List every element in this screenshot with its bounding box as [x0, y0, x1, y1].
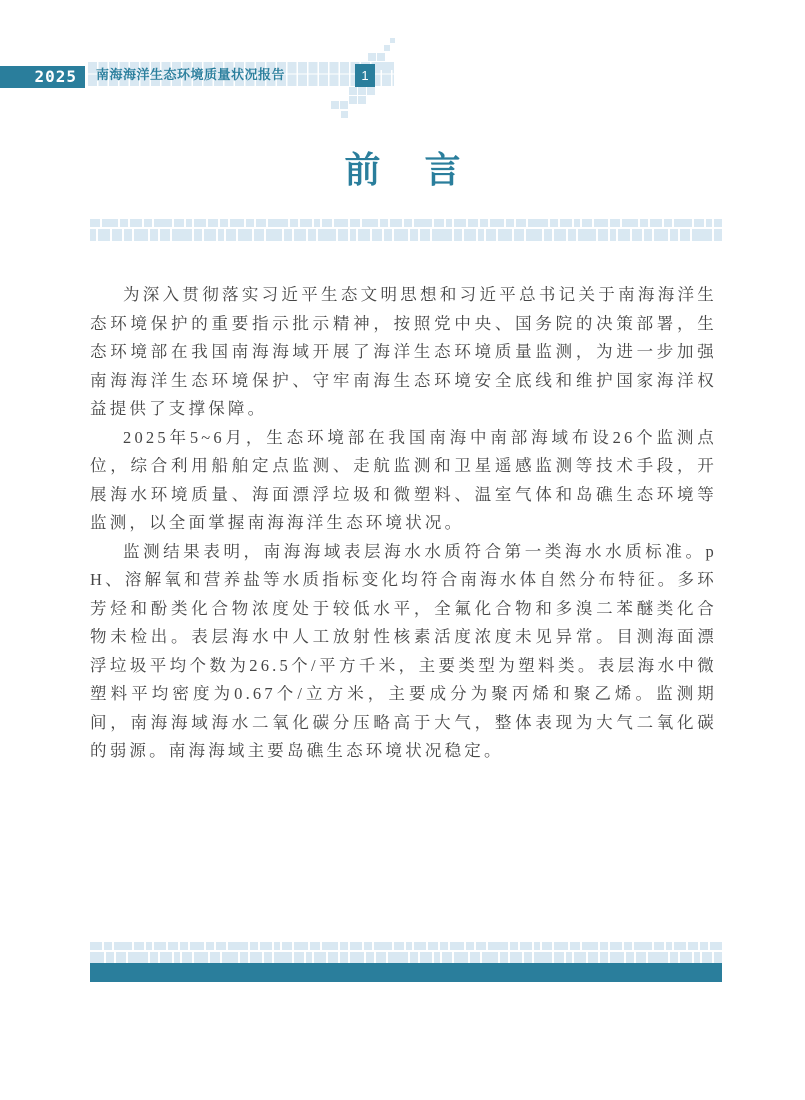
paragraph: 2025年5~6月，生态环境部在我国南海中南部海域布设26个监测点位，综合利用船…: [90, 424, 717, 538]
mosaic-cell: [350, 219, 360, 227]
mosaic-cell: [578, 229, 596, 241]
paragraph: 为深入贯彻落实习近平生态文明思想和习近平总书记关于南海海洋生态环境保护的重要指示…: [90, 281, 717, 424]
mosaic-cell: [250, 942, 258, 950]
mosaic-cell: [680, 952, 692, 963]
mosaic-cell: [250, 952, 262, 963]
mosaic-cell: [334, 219, 348, 227]
mosaic-cell: [220, 219, 228, 227]
preface-body: 为深入贯彻落实习近平生态文明思想和习近平总书记关于南海海洋生态环境保护的重要指示…: [90, 281, 717, 766]
mosaic-cell: [454, 229, 462, 241]
mosaic-cell: [666, 942, 672, 950]
mosaic-cell: [338, 229, 348, 241]
mosaic-cell: [476, 942, 486, 950]
pixel-decor-square: [331, 101, 339, 109]
mosaic-cell: [582, 219, 592, 227]
mosaic-cell: [650, 219, 662, 227]
mosaic-cell: [520, 942, 532, 950]
mosaic-cell: [90, 942, 102, 950]
mosaic-cell: [654, 229, 668, 241]
mosaic-cell: [182, 952, 192, 963]
mosaic-cell: [560, 219, 572, 227]
mosaic-cell: [420, 952, 432, 963]
mosaic-cell: [266, 229, 282, 241]
mosaic-cell: [294, 229, 306, 241]
pixel-decor-square: [368, 53, 376, 61]
mosaic-cell: [372, 229, 382, 241]
mosaic-cell: [554, 952, 564, 963]
mosaic-cell: [702, 952, 712, 963]
mosaic-cell: [366, 952, 374, 963]
pixel-decor-square: [341, 111, 348, 118]
mosaic-cell: [128, 952, 148, 963]
mosaic-cell: [588, 952, 598, 963]
mosaic-cell: [634, 942, 652, 950]
mosaic-cell: [510, 942, 518, 950]
mosaic-cell: [534, 942, 540, 950]
mosaic-cell: [610, 219, 620, 227]
mosaic-cell: [450, 942, 464, 950]
mosaic-cell: [294, 952, 304, 963]
mosaic-cell: [644, 229, 652, 241]
mosaic-cell: [260, 942, 272, 950]
pixel-decor-square: [367, 87, 375, 95]
mosaic-cell: [98, 229, 110, 241]
mosaic-cell: [294, 942, 308, 950]
mosaic-cell: [554, 229, 566, 241]
mosaic-cell: [204, 229, 216, 241]
mosaic-cell: [440, 942, 448, 950]
mosaic-cell: [208, 219, 218, 227]
mosaic-cell: [534, 952, 552, 963]
mosaic-cell: [154, 942, 166, 950]
mosaic-cell: [120, 219, 128, 227]
pixel-decor-square: [390, 38, 395, 43]
mosaic-cell: [124, 229, 132, 241]
mosaic-cell: [516, 219, 526, 227]
mosaic-cell: [144, 219, 152, 227]
mosaic-cell: [528, 219, 548, 227]
mosaic-cell: [300, 219, 312, 227]
mosaic-cell: [434, 219, 444, 227]
bottom-mosaic-bar: [90, 942, 722, 963]
mosaic-cell: [308, 229, 316, 241]
mosaic-cell: [254, 229, 264, 241]
mosaic-cell: [706, 219, 712, 227]
mosaic-cell: [194, 229, 202, 241]
mosaic-cell: [466, 942, 474, 950]
mosaic-cell: [670, 229, 678, 241]
mosaic-cell: [544, 229, 552, 241]
mosaic-cell: [238, 229, 252, 241]
mosaic-cell: [116, 952, 126, 963]
mosaic-cell: [314, 952, 326, 963]
mosaic-cell: [674, 942, 686, 950]
mosaic-cell: [434, 952, 440, 963]
mosaic-row: [90, 219, 722, 227]
mosaic-cell: [130, 219, 142, 227]
mosaic-cell: [498, 229, 512, 241]
mosaic-cell: [446, 219, 452, 227]
mosaic-cell: [692, 229, 712, 241]
bottom-solid-bar: [90, 963, 722, 982]
mosaic-cell: [340, 942, 348, 950]
mosaic-cell: [500, 952, 508, 963]
mosaic-cell: [186, 219, 192, 227]
pixel-decor-square: [377, 62, 385, 70]
mosaic-cell: [688, 942, 698, 950]
mosaic-cell: [622, 219, 638, 227]
pixel-decor-square: [377, 53, 385, 61]
report-title: 南海海洋生态环境质量状况报告: [96, 62, 285, 87]
mosaic-cell: [340, 952, 348, 963]
mosaic-cell: [542, 942, 552, 950]
mosaic-cell: [404, 219, 412, 227]
mosaic-cell: [206, 942, 214, 950]
mosaic-row: [90, 952, 722, 963]
mosaic-cell: [694, 219, 704, 227]
mosaic-cell: [384, 229, 392, 241]
mosaic-cell: [470, 952, 480, 963]
mosaic-cell: [390, 219, 402, 227]
mosaic-cell: [654, 942, 664, 950]
mosaic-cell: [350, 952, 364, 963]
mosaic-cell: [168, 942, 178, 950]
mosaic-cell: [350, 942, 362, 950]
mosaic-cell: [468, 219, 478, 227]
mosaic-cell: [454, 952, 468, 963]
mosaic-cell: [388, 952, 408, 963]
mosaic-cell: [374, 942, 392, 950]
mosaic-cell: [680, 229, 690, 241]
mosaic-cell: [154, 219, 172, 227]
mosaic-cell: [210, 952, 220, 963]
mosaic-cell: [174, 219, 184, 227]
mosaic-cell: [180, 942, 188, 950]
mosaic-cell: [610, 952, 624, 963]
mosaic-cell: [714, 229, 722, 241]
mosaic-cell: [150, 229, 158, 241]
mosaic-cell: [90, 219, 100, 227]
mosaic-cell: [172, 229, 192, 241]
pixel-decor-square: [358, 96, 366, 104]
mosaic-cell: [598, 229, 608, 241]
top-mosaic-bar: [90, 219, 722, 241]
mosaic-cell: [420, 229, 430, 241]
mosaic-cell: [600, 942, 608, 950]
year-badge: 2025: [0, 66, 85, 88]
mosaic-cell: [626, 952, 634, 963]
mosaic-cell: [640, 219, 648, 227]
mosaic-cell: [664, 219, 672, 227]
mosaic-cell: [328, 952, 338, 963]
mosaic-cell: [488, 942, 508, 950]
mosaic-cell: [700, 942, 708, 950]
mosaic-cell: [160, 229, 170, 241]
mosaic-cell: [174, 952, 180, 963]
mosaic-cell: [216, 942, 226, 950]
mosaic-cell: [524, 952, 532, 963]
mosaic-cell: [106, 952, 114, 963]
mosaic-cell: [710, 942, 722, 950]
mosaic-cell: [310, 942, 320, 950]
pixel-decor-square: [340, 101, 348, 109]
mosaic-cell: [648, 952, 668, 963]
mosaic-cell: [464, 229, 476, 241]
mosaic-cell: [566, 952, 572, 963]
mosaic-cell: [574, 219, 580, 227]
mosaic-cell: [194, 952, 208, 963]
mosaic-cell: [428, 942, 438, 950]
mosaic-cell: [358, 229, 370, 241]
mosaic-cell: [554, 942, 568, 950]
mosaic-cell: [610, 942, 622, 950]
mosaic-cell: [274, 952, 292, 963]
mosaic-cell: [226, 229, 236, 241]
pixel-decor-square: [349, 96, 357, 104]
mosaic-cell: [526, 229, 542, 241]
mosaic-cell: [454, 219, 466, 227]
mosaic-cell: [322, 942, 338, 950]
mosaic-cell: [410, 229, 418, 241]
mosaic-cell: [350, 229, 356, 241]
mosaic-cell: [568, 229, 576, 241]
mosaic-cell: [624, 942, 632, 950]
mosaic-cell: [482, 952, 498, 963]
mosaic-cell: [670, 952, 678, 963]
mosaic-cell: [510, 952, 522, 963]
pixel-decor-square: [349, 87, 357, 95]
mosaic-cell: [514, 229, 524, 241]
mosaic-cell: [146, 942, 152, 950]
mosaic-cell: [610, 229, 616, 241]
mosaic-cell: [600, 952, 608, 963]
mosaic-cell: [104, 942, 112, 950]
mosaic-cell: [442, 952, 452, 963]
mosaic-cell: [322, 219, 332, 227]
mosaic-cell: [432, 229, 452, 241]
mosaic-cell: [90, 229, 96, 241]
mosaic-cell: [582, 942, 598, 950]
mosaic-cell: [222, 952, 238, 963]
mosaic-cell: [160, 952, 172, 963]
mosaic-cell: [268, 219, 288, 227]
mosaic-cell: [414, 942, 426, 950]
mosaic-cell: [406, 942, 412, 950]
mosaic-cell: [362, 219, 378, 227]
mosaic-cell: [282, 942, 292, 950]
mosaic-cell: [90, 952, 104, 963]
mosaic-cell: [486, 229, 496, 241]
mosaic-cell: [714, 952, 722, 963]
mosaic-cell: [114, 942, 132, 950]
mosaic-cell: [194, 219, 206, 227]
mosaic-cell: [550, 219, 558, 227]
mosaic-cell: [218, 229, 224, 241]
mosaic-cell: [490, 219, 504, 227]
mosaic-cell: [410, 952, 418, 963]
mosaic-cell: [134, 942, 144, 950]
mosaic-cell: [380, 219, 388, 227]
mosaic-cell: [256, 219, 266, 227]
mosaic-cell: [274, 942, 280, 950]
mosaic-cell: [318, 229, 336, 241]
mosaic-cell: [414, 219, 432, 227]
mosaic-cell: [150, 952, 158, 963]
mosaic-cell: [264, 952, 272, 963]
mosaic-row: [90, 942, 722, 950]
mosaic-cell: [246, 219, 254, 227]
mosaic-cell: [694, 952, 700, 963]
mosaic-cell: [636, 952, 646, 963]
mosaic-cell: [314, 219, 320, 227]
paragraph: 监测结果表明，南海海域表层海水水质符合第一类海水水质标准。pH、溶解氧和营养盐等…: [90, 538, 717, 766]
mosaic-cell: [306, 952, 312, 963]
page-title: 前言: [0, 142, 805, 193]
pixel-decor-square: [386, 62, 394, 70]
mosaic-cell: [594, 219, 608, 227]
mosaic-cell: [632, 229, 642, 241]
page-number-badge: 1: [355, 64, 375, 87]
mosaic-cell: [102, 219, 118, 227]
mosaic-cell: [478, 229, 484, 241]
mosaic-cell: [284, 229, 292, 241]
mosaic-cell: [290, 219, 298, 227]
mosaic-cell: [228, 942, 248, 950]
mosaic-cell: [394, 229, 408, 241]
mosaic-cell: [506, 219, 514, 227]
pixel-decor-square: [358, 87, 366, 95]
mosaic-cell: [112, 229, 122, 241]
report-page: 2025 南海海洋生态环境质量状况报告 1 前言 为深入贯彻落实习近平生态文明思…: [0, 0, 805, 1100]
mosaic-cell: [618, 229, 630, 241]
mosaic-cell: [714, 219, 722, 227]
pixel-decor-square: [384, 45, 390, 51]
mosaic-cell: [240, 952, 248, 963]
mosaic-cell: [376, 952, 386, 963]
mosaic-cell: [480, 219, 488, 227]
mosaic-cell: [574, 952, 586, 963]
mosaic-cell: [394, 942, 404, 950]
mosaic-cell: [190, 942, 204, 950]
mosaic-cell: [134, 229, 148, 241]
mosaic-cell: [674, 219, 692, 227]
mosaic-row: [90, 229, 722, 241]
mosaic-cell: [570, 942, 580, 950]
mosaic-cell: [364, 942, 372, 950]
mosaic-cell: [230, 219, 244, 227]
